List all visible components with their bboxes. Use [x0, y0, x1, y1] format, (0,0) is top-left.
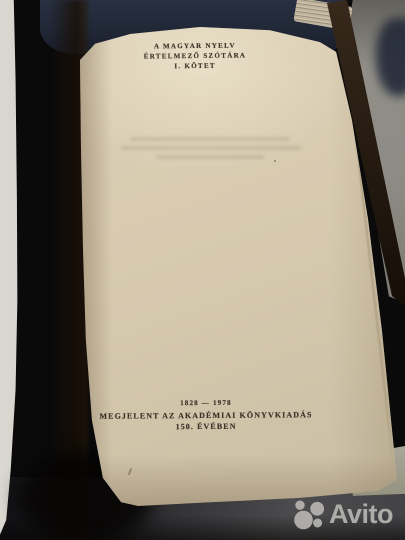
avito-logo-dots-icon [293, 498, 326, 531]
page-title-block: A MAGYAR NYELV ÉRTELMEZŐ SZÓTÁRA I. KÖTE… [55, 40, 335, 73]
paper-speck [274, 160, 276, 162]
show-through-text [121, 146, 301, 150]
photo-scene: A MAGYAR NYELV ÉRTELMEZŐ SZÓTÁRA I. KÖTE… [0, 0, 405, 540]
show-through-text [130, 137, 290, 141]
show-through-text [156, 155, 264, 159]
imprint-block: 1828 — 1978 MEGJELENT AZ AKADÉMIAI KÖNYV… [66, 397, 346, 433]
imprint-line-3: 150. ÉVÉBEN [66, 420, 346, 433]
avito-wordmark: Avito [329, 499, 393, 530]
imprint-line-2: MEGJELENT AZ AKADÉMIAI KÖNYVKIADÁS [66, 409, 346, 422]
avito-watermark: Avito [293, 493, 405, 535]
title-line-3: I. KÖTET [55, 60, 335, 73]
